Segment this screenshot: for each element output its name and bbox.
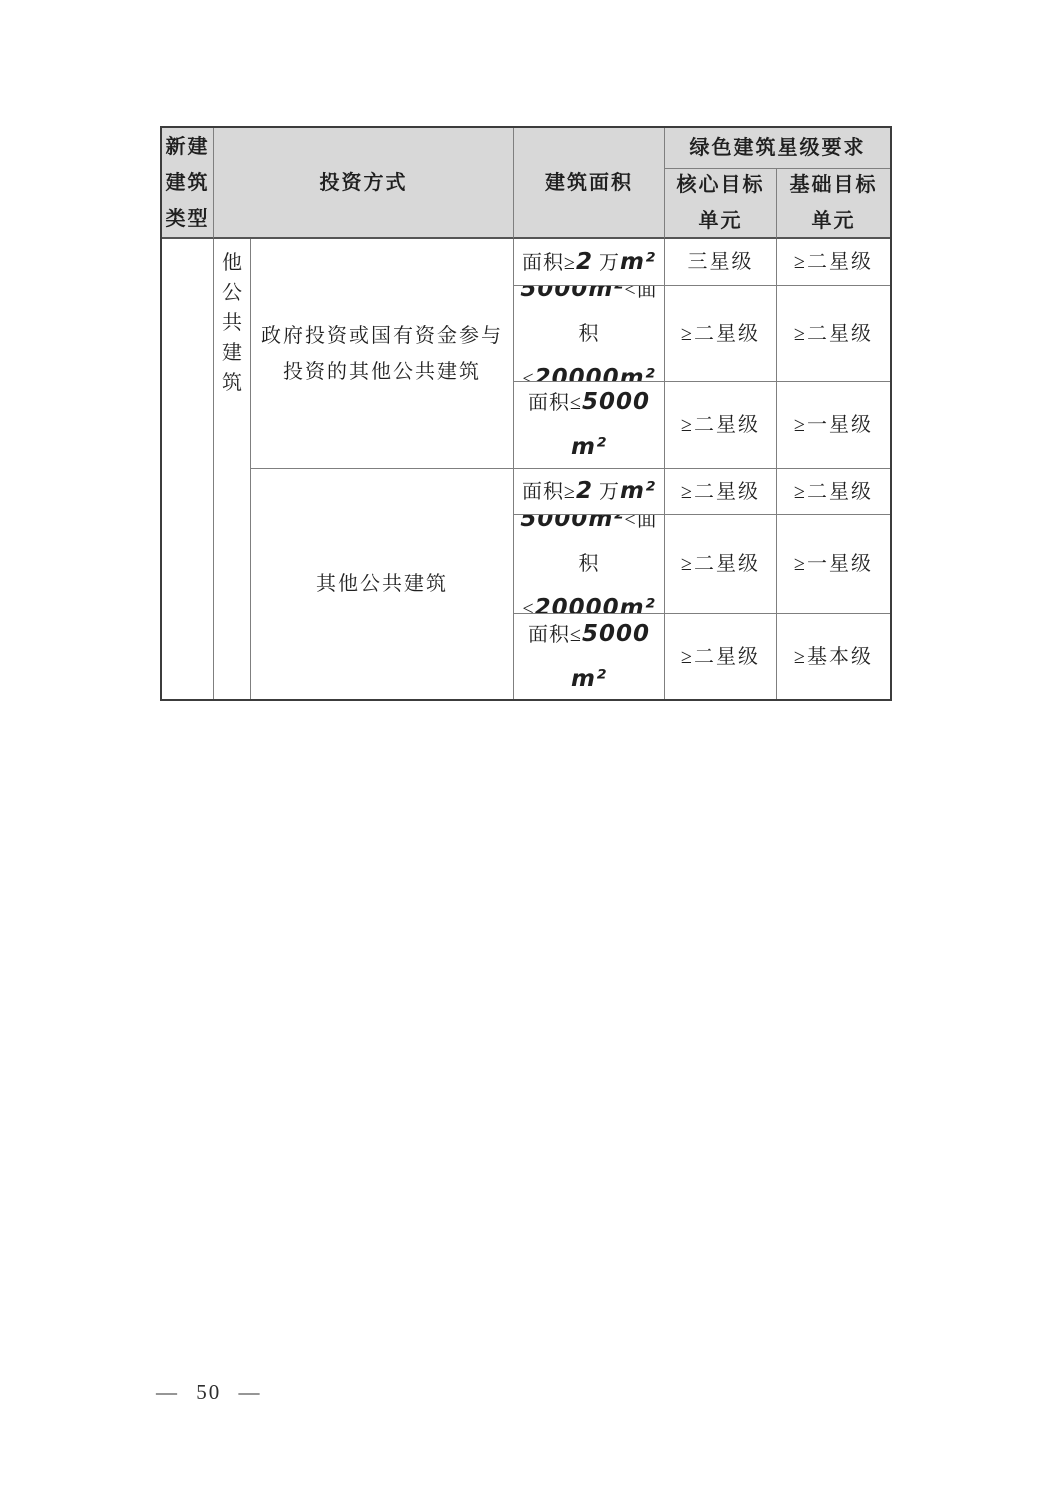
area-cell: 面积≤5000m² (514, 614, 665, 699)
header-star-requirement-label: 绿色建筑星级要求 (690, 130, 866, 166)
green-building-star-table: 新建建筑类型 投资方式 建筑面积 绿色建筑星级要求 核心目标单元 基础目标单元 … (160, 126, 892, 701)
header-building-area: 建筑面积 (514, 128, 665, 239)
area-cell: 5000m²<面积<20000m² (514, 286, 665, 382)
basic-rating-cell: ≥一星级 (777, 382, 890, 469)
area-text: 5000m²<面积<20000m² (514, 286, 664, 382)
investment-government-line1: 政府投资或国有资金参与 (261, 318, 503, 354)
header-investment-method-label: 投资方式 (320, 165, 408, 201)
area-cell: 面积≤5000m² (514, 382, 665, 469)
investment-other-line1: 其他公共建筑 (316, 566, 448, 602)
header-building-type: 新建建筑类型 (162, 128, 214, 239)
area-text: 面积≤5000m² (528, 382, 650, 469)
header-investment-method: 投资方式 (214, 128, 514, 239)
area-text: 5000m²<面积<20000m² (514, 515, 664, 614)
building-type-empty-cell (162, 239, 214, 699)
header-core-target-unit: 核心目标单元 (665, 169, 777, 239)
header-building-area-label: 建筑面积 (545, 165, 633, 201)
core-rating-cell: ≥二星级 (665, 469, 777, 515)
investment-cell-other: 其他公共建筑 (251, 469, 514, 699)
area-cell: 5000m²<面积<20000m² (514, 515, 665, 614)
header-star-requirement: 绿色建筑星级要求 (665, 128, 890, 169)
core-rating-cell: 三星级 (665, 239, 777, 286)
core-rating-cell: ≥二星级 (665, 515, 777, 614)
area-cell: 面积≥2 万m² (514, 239, 665, 286)
basic-rating-cell: ≥一星级 (777, 515, 890, 614)
investment-cell-government: 政府投资或国有资金参与 投资的其他公共建筑 (251, 239, 514, 469)
area-cell: 面积≥2 万m² (514, 469, 665, 515)
core-rating-cell: ≥二星级 (665, 382, 777, 469)
investment-government-line2: 投资的其他公共建筑 (261, 354, 503, 390)
header-basic-target-unit-label: 基础目标单元 (789, 169, 879, 239)
building-type-vertical-label: 他公共建筑 (221, 248, 243, 398)
area-text: 面积≥2 万m² (522, 240, 656, 285)
basic-rating-cell: ≥基本级 (777, 614, 890, 699)
core-rating-cell: ≥二星级 (665, 614, 777, 699)
area-text: 面积≤5000m² (528, 614, 650, 699)
basic-rating-cell: ≥二星级 (777, 286, 890, 382)
header-core-target-unit-label: 核心目标单元 (676, 169, 766, 239)
header-building-type-label: 新建建筑类型 (166, 129, 210, 237)
building-type-vertical-cell: 他公共建筑 (214, 239, 251, 699)
basic-rating-cell: ≥二星级 (777, 239, 890, 286)
header-basic-target-unit: 基础目标单元 (777, 169, 890, 239)
area-text: 面积≥2 万m² (522, 469, 656, 514)
document-page: 新建建筑类型 投资方式 建筑面积 绿色建筑星级要求 核心目标单元 基础目标单元 … (0, 0, 1050, 1485)
page-number: — 50 — (156, 1380, 262, 1405)
basic-rating-cell: ≥二星级 (777, 469, 890, 515)
core-rating-cell: ≥二星级 (665, 286, 777, 382)
